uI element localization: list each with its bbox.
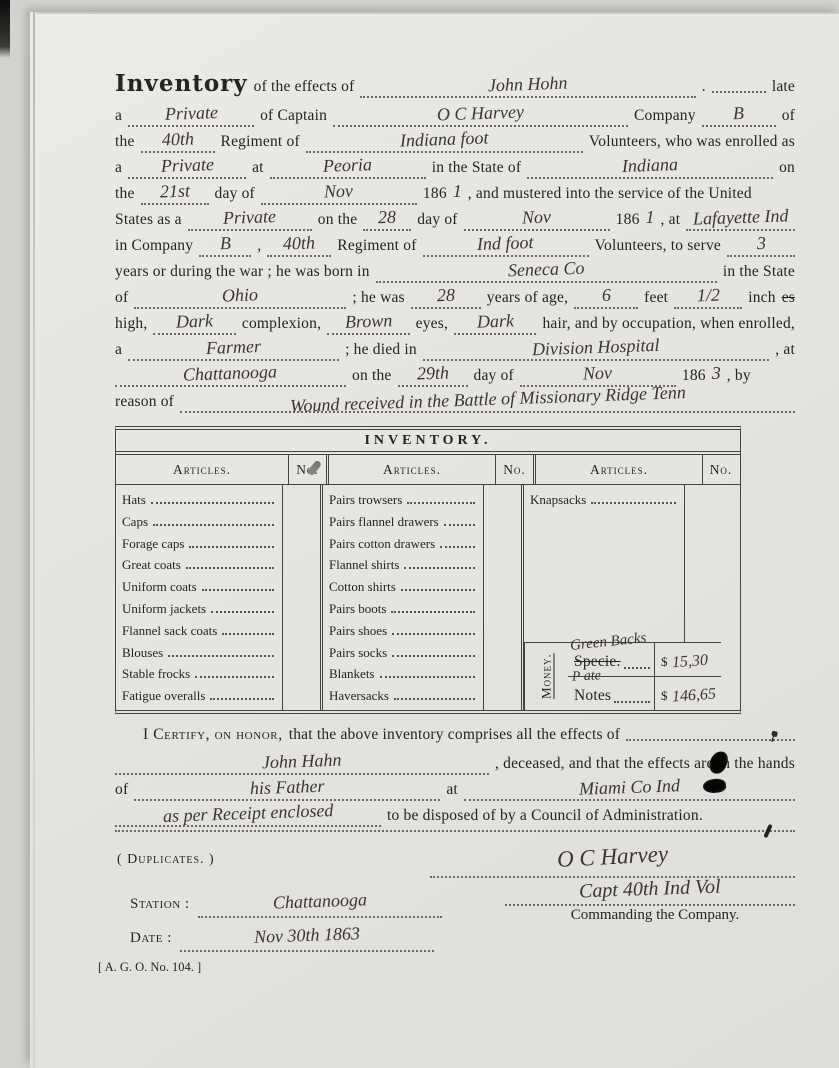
dot-leader — [189, 546, 274, 548]
table-row: Fatigue overalls — [122, 688, 282, 710]
table-row: Knapsacks — [530, 492, 684, 514]
dot-leader — [186, 567, 274, 569]
date-blank: Nov 30th 1863 — [180, 926, 434, 952]
money-label: Money. — [524, 643, 568, 710]
dot-leader — [222, 633, 274, 635]
handwritten-entry: Farmer — [206, 336, 262, 359]
table-row: Blouses — [122, 645, 282, 667]
form-blank: as per Receipt enclosed — [115, 804, 381, 827]
dot-leader — [392, 633, 475, 635]
inventory-table: INVENTORY. Articles. No. Articles. No. A… — [115, 426, 741, 714]
dot-leader — [404, 567, 475, 569]
form-blank: B — [199, 234, 251, 257]
table-title: INVENTORY. — [116, 430, 740, 455]
handwritten-entry: 21st — [159, 180, 190, 202]
form-blank: Private — [188, 208, 312, 231]
form-heading-word: Inventory — [115, 70, 248, 97]
station-row: Station : Chattanooga — [130, 892, 442, 918]
article-item-label: Flannel shirts — [329, 557, 399, 573]
form-line: in CompanyB,40thRegiment ofInd footVolun… — [115, 234, 795, 260]
article-item-label: Blankets — [329, 666, 375, 682]
column-header-articles-1: Articles. — [116, 455, 288, 484]
article-item-label: Stable frocks — [122, 666, 190, 682]
printed-text: a — [115, 159, 122, 178]
handwritten-entry: Nov — [324, 181, 354, 203]
handwritten-entry: 40th — [161, 128, 194, 150]
form-blank: Private — [128, 104, 254, 127]
form-line: the21stday ofNov1861, and mustered into … — [115, 182, 795, 208]
handwritten-entry: O C Harvey — [437, 101, 525, 125]
form-blank: Private — [128, 156, 246, 179]
article-item-label: Uniform coats — [122, 579, 197, 595]
handwritten-note-word: P ate — [572, 668, 602, 685]
dot-leader — [444, 524, 475, 526]
form-blank: Nov — [464, 208, 610, 231]
handwritten-entry: 6 — [601, 285, 611, 306]
printed-text: , at — [775, 341, 795, 360]
handwritten-entry: John Hohn — [488, 73, 568, 97]
form-line: ofOhio; he was28years of age,6feet1/2inc… — [115, 286, 795, 312]
bottom-block: ( Duplicates. ) O C Harvey Capt 40th Ind… — [115, 830, 795, 1068]
form-line: I Certify, on honor,that the above inven… — [115, 726, 795, 752]
station-label: Station : — [130, 896, 190, 913]
date-row: Date : Nov 30th 1863 — [130, 926, 434, 952]
form-blank: Dark — [153, 312, 235, 335]
dot-leader — [211, 611, 274, 613]
form-line: John Hahn, deceased, and that the effect… — [115, 752, 795, 778]
dot-leader — [624, 667, 650, 669]
printed-text: 186 — [616, 211, 640, 230]
handwritten-entry: his Father — [250, 776, 325, 800]
form-line: aFarmer; he died inDivision Hospital, at — [115, 338, 795, 364]
handwritten-entry: Lafayette Ind — [693, 205, 789, 229]
printed-text: , by — [727, 367, 751, 386]
certify-section: I Certify, on honor,that the above inven… — [115, 726, 795, 830]
form-blank: Miami Co Ind — [464, 778, 795, 801]
notes-label: Notes — [574, 687, 611, 706]
table-header-row: Articles. No. Articles. No. Articles. No… — [116, 455, 740, 485]
form-blank: Division Hospital — [423, 338, 769, 361]
printed-text: Regiment of — [337, 237, 416, 256]
date-label: Date : — [130, 930, 172, 947]
column-header-no-1: No. — [288, 455, 326, 484]
printed-text: to be disposed of by a Council of Admini… — [387, 807, 703, 826]
signature-title: Capt 40th Ind Vol — [579, 876, 721, 904]
handwritten-entry: Ind foot — [477, 232, 534, 255]
handwritten-entry: Dark — [176, 310, 214, 332]
articles-column-1: HatsCapsForage capsGreat coatsUniform co… — [116, 485, 282, 710]
form-blank: Indiana — [527, 156, 773, 179]
signature-line: O C Harvey — [430, 844, 795, 878]
handwritten-entry: Seneca Co — [508, 258, 585, 282]
printed-text: high, — [115, 315, 147, 334]
printed-text: 186 — [423, 185, 447, 204]
handwritten-entry: B — [733, 103, 745, 124]
printed-text: eyes, — [416, 315, 448, 334]
article-item-label: Pairs socks — [329, 645, 387, 661]
article-item-label: Uniform jackets — [122, 601, 206, 617]
printed-text: , at — [661, 211, 681, 230]
form-blank: 28 — [363, 208, 411, 231]
handwritten-entry: 1 — [646, 207, 655, 228]
handwritten-entry: Nov — [522, 207, 552, 229]
printed-text: in the State — [723, 263, 795, 282]
table-row: Great coats — [122, 557, 282, 579]
money-amount-notes: $ 146,65 — [654, 677, 721, 710]
handwritten-entry: John Hahn — [262, 750, 342, 774]
handwritten-entry: 3 — [712, 363, 721, 384]
article-item-label: Caps — [122, 514, 148, 530]
article-item-label: Cotton shirts — [329, 579, 396, 595]
printed-text: ; he died in — [345, 341, 417, 360]
dot-leader — [391, 611, 475, 613]
table-row: Stable frocks — [122, 666, 282, 688]
paper-left-edge — [33, 12, 35, 1068]
money-row-notes: P ate Notes $ 146,65 — [568, 677, 721, 710]
printed-text: the — [115, 133, 135, 152]
form-blank: 28 — [411, 286, 481, 309]
printed-text: years or during the war ; he was born in — [115, 263, 370, 282]
no-column-1 — [282, 485, 320, 710]
handwritten-entry: 3 — [756, 233, 766, 254]
station-blank: Chattanooga — [198, 892, 442, 918]
handwritten-entry: B — [219, 233, 231, 254]
form-line: Inventoryof the effects ofJohn Hohn.late — [115, 70, 795, 104]
scan-edge-strip — [0, 0, 10, 58]
form-blank: 1/2 — [674, 286, 742, 309]
printed-text: late — [772, 78, 795, 97]
table-section-1: HatsCapsForage capsGreat coatsUniform co… — [116, 485, 320, 710]
handwritten-entry: Private — [164, 102, 218, 125]
printed-text: hair, and by occupation, when enrolled, — [542, 315, 795, 334]
column-header-no-2: No. — [495, 455, 533, 484]
dot-leader — [202, 589, 274, 591]
form-blank: Peoria — [270, 156, 426, 179]
form-blank: Ohio — [134, 286, 346, 309]
ago-form-number: [ A. G. O. No. 104. ] — [98, 960, 201, 975]
form-blank — [626, 739, 795, 741]
handwritten-entry: Brown — [344, 310, 392, 333]
printed-text: on the — [318, 211, 358, 230]
table-row: Pairs boots — [329, 601, 483, 623]
money-amount-specie: $ 15,30 — [654, 643, 721, 676]
table-body: HatsCapsForage capsGreat coatsUniform co… — [116, 485, 740, 710]
form-blank: Seneca Co — [376, 260, 717, 283]
article-item-label: Forage caps — [122, 536, 184, 552]
dot-leader — [153, 524, 274, 526]
signature-name: O C Harvey — [556, 841, 668, 873]
form-blank: 29th — [398, 364, 468, 387]
handwritten-entry: Miami Co Ind — [579, 775, 681, 800]
form-blank: Ind foot — [423, 234, 589, 257]
handwritten-amount: 146,65 — [671, 685, 716, 706]
handwritten-entry: 28 — [378, 207, 397, 229]
handwritten-entry: Peoria — [323, 154, 373, 177]
form-blank: John Hohn — [360, 75, 695, 98]
handwritten-amount: 15,30 — [671, 652, 708, 672]
form-blank: Nov — [261, 182, 417, 205]
handwritten-entry: 1 — [453, 181, 462, 202]
printed-text: , and mustered into the service of the U… — [468, 185, 752, 204]
table-row: Pairs shoes — [329, 623, 483, 645]
printed-text: at — [252, 159, 264, 178]
table-row: Pairs flannel drawers — [329, 514, 483, 536]
form-blank: 6 — [574, 286, 638, 309]
printed-text: , — [257, 237, 261, 256]
dot-leader — [210, 698, 274, 700]
dot-leader — [195, 676, 274, 678]
form-blank: Lafayette Ind — [686, 208, 795, 231]
money-rows: Green Backs Specie. $ 15,30 P ate — [568, 643, 721, 710]
signature-title-line: Capt 40th Ind Vol — [505, 878, 795, 906]
handwritten-entry: Indiana foot — [400, 127, 489, 151]
dot-leader — [394, 698, 475, 700]
form-line: as per Receipt enclosedto be disposed of… — [115, 804, 795, 830]
signature-caption: Commanding the Company. — [510, 907, 800, 924]
column-header-no-3: No. — [702, 455, 739, 484]
printed-text: the — [115, 185, 135, 204]
form-blank: B — [702, 104, 776, 127]
printed-text: . — [702, 78, 706, 97]
form-blank: Brown — [327, 312, 409, 335]
form-line: reason ofWound received in the Battle of… — [115, 390, 795, 416]
article-item-label: Flannel sack coats — [122, 623, 217, 639]
form-blank: 40th — [141, 130, 215, 153]
printed-text: ; he was — [352, 289, 404, 308]
printed-text: in Company — [115, 237, 193, 256]
printed-text: inch — [748, 289, 776, 308]
form-blank: O C Harvey — [333, 104, 628, 127]
articles-column-2: Pairs trowsersPairs flannel drawersPairs… — [323, 485, 483, 710]
duplicates-note: ( Duplicates. ) — [117, 852, 215, 868]
table-row: Uniform jackets — [122, 601, 282, 623]
table-row: Flannel shirts — [329, 557, 483, 579]
column-header-articles-2: Articles. — [329, 455, 495, 484]
printed-text: of — [115, 289, 128, 308]
handwritten-entry: Division Hospital — [532, 335, 660, 360]
handwritten-entry: Private — [223, 206, 277, 229]
dotted-rule — [115, 830, 795, 832]
handwritten-entry: Ohio — [222, 284, 259, 306]
handwritten-entry: 40th — [283, 232, 316, 254]
printed-text: feet — [644, 289, 668, 308]
table-row: Caps — [122, 514, 282, 536]
printed-text: Company — [634, 107, 696, 126]
handwritten-entry: Private — [160, 154, 214, 177]
form-content: Inventoryof the effects ofJohn Hohn.late… — [115, 70, 795, 1068]
date-value: Nov 30th 1863 — [254, 923, 361, 948]
printed-text: Regiment of — [221, 133, 300, 152]
printed-text: States as a — [115, 211, 182, 230]
handwritten-entry: 1/2 — [696, 285, 720, 307]
table-row: Blankets — [329, 666, 483, 688]
table-row: Pairs cotton drawers — [329, 536, 483, 558]
form-blank: Chattanooga — [115, 364, 346, 387]
table-row: Forage caps — [122, 536, 282, 558]
dot-leader — [440, 546, 475, 548]
form-blank: 3 — [727, 234, 795, 257]
printed-text: on — [779, 159, 795, 178]
printed-text: on the — [352, 367, 392, 386]
printed-text: Volunteers, who was enrolled as — [589, 133, 795, 152]
printed-text: years of age, — [487, 289, 568, 308]
dot-leader — [151, 502, 274, 504]
dot-leader — [401, 589, 475, 591]
printed-text: a — [115, 107, 122, 126]
form-blank: John Hahn — [115, 752, 489, 775]
form-blank: Indiana foot — [306, 130, 583, 153]
form-blank: 21st — [141, 182, 209, 205]
column-header-articles-3: Articles. — [536, 455, 702, 484]
dot-leader — [407, 502, 475, 504]
money-box: Money. Green Backs Specie. $ 15,30 — [524, 642, 721, 710]
form-line: aPrivateatPeoriain the State ofIndianaon — [115, 156, 795, 182]
table-row: Haversacks — [329, 688, 483, 710]
paper-top-edge — [36, 12, 839, 14]
handwritten-entry: Indiana — [622, 154, 679, 177]
form-line: aPrivateof CaptainO C HarveyCompanyBof — [115, 104, 795, 130]
printed-text: in the State of — [432, 159, 522, 178]
printed-text: of — [115, 781, 128, 800]
dot-leader — [591, 502, 676, 504]
handwritten-entry: Dark — [476, 310, 514, 332]
table-row: Cotton shirts — [329, 579, 483, 601]
handwritten-entry: Chattanooga — [183, 361, 278, 385]
station-value: Chattanooga — [272, 889, 367, 913]
table-row: Hats — [122, 492, 282, 514]
printed-text: day of — [474, 367, 514, 386]
form-blank: Dark — [454, 312, 536, 335]
form-blank: Wound received in the Battle of Missiona… — [180, 390, 795, 413]
header-form: Inventoryof the effects ofJohn Hohn.late… — [115, 70, 795, 416]
form-blank: 40th — [267, 234, 331, 257]
handwritten-entry: 29th — [416, 362, 449, 384]
article-item-label: Pairs flannel drawers — [329, 514, 439, 530]
form-blank: Farmer — [128, 338, 339, 361]
table-row: Pairs trowsers — [329, 492, 483, 514]
table-row: Uniform coats — [122, 579, 282, 601]
table-section-2: Pairs trowsersPairs flannel drawersPairs… — [323, 485, 521, 710]
dot-leader — [168, 655, 274, 657]
printed-text: day of — [417, 211, 457, 230]
form-line: States as aPrivateon the28day ofNov1861,… — [115, 208, 795, 234]
article-item-label: Pairs shoes — [329, 623, 387, 639]
printed-text: of the effects of — [254, 78, 355, 97]
no-column-2 — [483, 485, 521, 710]
form-line: high,Darkcomplexion,Browneyes,Darkhair, … — [115, 312, 795, 338]
printed-text: a — [115, 341, 122, 360]
table-row: Flannel sack coats — [122, 623, 282, 645]
table-row: Pairs socks — [329, 645, 483, 667]
printed-text: that the above inventory comprises all t… — [289, 726, 620, 745]
handwritten-entry: Nov — [583, 363, 613, 385]
article-item-label: Hats — [122, 492, 146, 508]
form-line: the40thRegiment ofIndiana footVolunteers… — [115, 130, 795, 156]
form-line: years or during the war ; he was born in… — [115, 260, 795, 286]
printed-text: I Certify, on honor, — [143, 726, 283, 745]
printed-text: at — [446, 781, 458, 800]
printed-text: Volunteers, to serve — [595, 237, 721, 256]
printed-text: reason of — [115, 393, 174, 412]
dollar-sign: $ — [661, 654, 668, 671]
form-blank: his Father — [134, 778, 440, 801]
form-line: Chattanoogaon the29thday ofNov1863, by — [115, 364, 795, 390]
form-blank — [712, 91, 766, 93]
dot-leader — [614, 701, 650, 703]
printed-text: complexion, — [242, 315, 321, 334]
table-section-3: Knapsacks Money. Green Backs Specie. — [524, 485, 721, 710]
handwritten-entry: 28 — [436, 285, 455, 307]
form-line: ofhis FatheratMiami Co Ind — [115, 778, 795, 804]
article-item-label: Knapsacks — [530, 492, 586, 508]
printed-text: , deceased, and that the effects are in … — [495, 755, 795, 774]
printed-text: of Captain — [260, 107, 327, 126]
printed-text: day of — [215, 185, 255, 204]
article-item-label: Great coats — [122, 557, 181, 573]
dollar-sign: $ — [661, 688, 668, 705]
money-row-notes-cell: P ate Notes — [568, 677, 654, 710]
article-item-label: Pairs boots — [329, 601, 386, 617]
printed-text: of — [782, 107, 795, 126]
article-item-label: Haversacks — [329, 688, 389, 704]
dot-leader — [392, 655, 475, 657]
article-item-label: Pairs cotton drawers — [329, 536, 435, 552]
article-item-label: Fatigue overalls — [122, 688, 205, 704]
article-item-label: Pairs trowsers — [329, 492, 402, 508]
dot-leader — [380, 676, 476, 678]
handwritten-entry: as per Receipt enclosed — [162, 800, 333, 827]
article-item-label: Blouses — [122, 645, 163, 661]
printed-text: es — [782, 289, 795, 308]
